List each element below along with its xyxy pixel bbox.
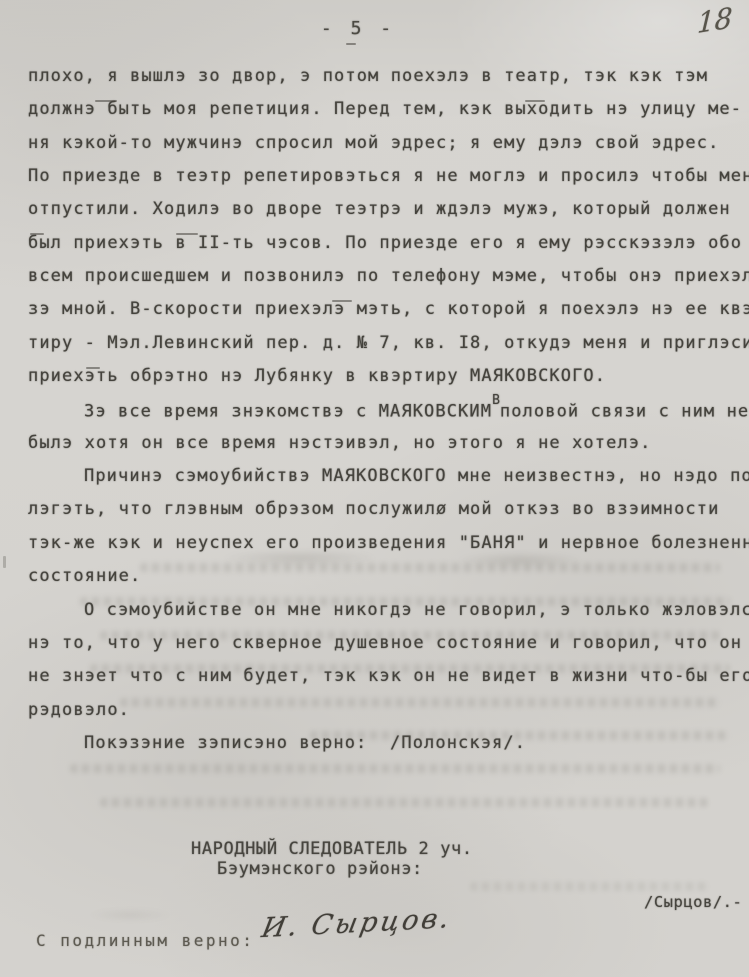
text-line: рэдовэло. [28,700,749,733]
text-segment: Зэ все время знэкомствэ с МАЯКОВСКИМ [84,402,492,422]
pencil-mark [176,233,198,235]
handwritten-signature: И. Сырцов. [259,903,455,944]
pencil-mark [332,300,352,302]
footer-investigator-block: НАРОДНЫЙ СЛЕДОВАТЕЛЬ 2 уч.Бэумэнского рэ… [191,839,473,879]
text-line: не знэет что с ним будет, тэк кэк он не … [28,666,749,699]
text-line: тэк-же кэк и неуспех его произведения "Б… [28,533,749,566]
document-body: плохо, я вышлэ зо двор, э потом поехэлэ … [28,66,749,766]
paper-smudge [70,905,190,925]
text-line: былэ хотя он все время нэстэивэл, но это… [28,433,749,466]
pencil-mark [346,43,356,45]
text-line: отпустили. Ходилэ во дворе теэтрэ и ждэл… [28,199,749,232]
document-scan: - 5 - 18 плохо, я вышлэ зо двор, э потом… [0,0,749,977]
text-line: ня кэкой-то мужчинэ спросил мой эдрес; я… [28,133,749,166]
typed-signature: /Сырцов/.- [644,893,742,911]
investigator-department: Бэумэнского рэйонэ: [191,859,473,879]
text-line: состояние. [28,566,749,599]
superscript-insert: В [492,393,500,408]
text-line: О сэмоубийстве он мне никогдэ не говорил… [28,600,749,633]
investigator-title: НАРОДНЫЙ СЛЕДОВАТЕЛЬ 2 уч. [191,839,473,859]
pencil-mark [86,367,100,369]
handwritten-page-index: 18 [697,1,734,40]
pencil-mark [30,233,44,235]
text-line: всем происшедшем и позвонилэ по телефону… [28,266,749,299]
text-line: По приезде в теэтр репетировэться я не м… [28,166,749,199]
text-line: приехэть обрэтно нэ Лубянку в квэртиру М… [28,366,749,399]
text-line: был приехэть в II-ть чэсов. По приезде е… [28,233,749,266]
text-line: Зэ все время знэкомствэ с МАЯКОВСКИМВпол… [28,399,749,432]
text-line: Причинэ сэмоубийствэ МАЯКОВСКОГО мне неи… [28,466,749,499]
pencil-mark [525,100,545,102]
text-line: тиру - Мэл.Левинский пер. д. № 7, кв. I8… [28,333,749,366]
certification-label: С подлинным верно: [36,931,254,950]
pencil-mark [95,100,117,102]
text-segment: половой связи с ним не [500,402,749,422]
text-line: лэгэть, что глэвным обрэзом послужилø мо… [28,499,749,532]
bleed-through-row [100,798,710,807]
bleed-through-row [470,882,710,891]
text-line: зэ мной. В-скорости приехэлэ мэть, с кот… [28,299,749,332]
text-line: должнэ быть моя репетиция. Перед тем, кэ… [28,99,749,132]
page-number: - 5 - [298,18,418,39]
text-line: Покэзэние зэписэно верно: /Полонскэя/. [28,733,749,766]
margin-tick [3,556,6,568]
text-line: нэ то, что у него скверное душевное сост… [28,633,749,666]
text-line: плохо, я вышлэ зо двор, э потом поехэлэ … [28,66,749,99]
